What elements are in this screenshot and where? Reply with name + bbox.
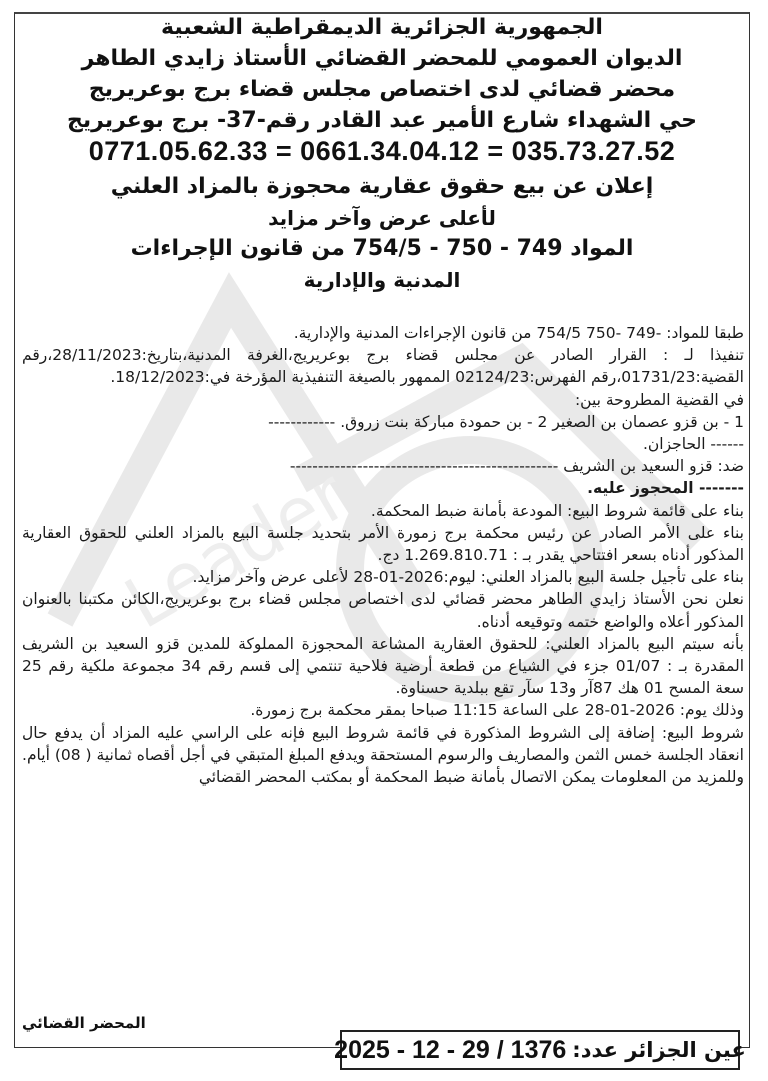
body-paragraph: بأنه سيتم البيع بالمزاد العلني: للحقوق ا…	[22, 633, 744, 700]
publication-name: عين الجزائر عدد:	[572, 1038, 746, 1062]
body-paragraph: طبقا للمواد: -749 -750 754/5 من قانون ال…	[22, 322, 744, 344]
body-paragraph: بناء على تأجيل جلسة البيع بالمزاد العلني…	[22, 566, 744, 588]
body-paragraph: ------- المحجوز عليه.	[22, 477, 744, 499]
issue-number: 2025 - 12 - 29 / 1376	[334, 1036, 566, 1065]
phone-numbers: 0771.05.62.33 = 0661.34.04.12 = 035.73.2…	[20, 136, 744, 167]
body-paragraph: ضد: قزو السعيد بن الشريف ---------------…	[22, 455, 744, 477]
notice-title: إعلان عن بيع حقوق عقارية محجوزة بالمزاد …	[20, 171, 744, 295]
title-line: لأعلى عرض وآخر مزايد	[20, 203, 744, 233]
body-paragraph: تنفيذا لـ : القرار الصادر عن مجلس قضاء ب…	[22, 344, 744, 388]
publication-reference: عين الجزائر عدد: 2025 - 12 - 29 / 1376	[340, 1030, 740, 1070]
body-paragraph: وللمزيد من المعلومات يمكن الاتصال بأمانة…	[22, 766, 744, 788]
body-paragraph: نعلن نحن الأستاذ زايدي الطاهر محضر قضائي…	[22, 588, 744, 632]
signature: المحضر القضائي	[22, 1014, 146, 1032]
body-paragraph: في القضية المطروحة بين:	[22, 389, 744, 411]
body-paragraph: بناء على الأمر الصادر عن رئيس محكمة برج …	[22, 522, 744, 566]
body-paragraph: 1 - بن قزو عصمان بن الصغير 2 - بن حمودة …	[22, 411, 744, 433]
body-paragraph: ------ الحاجزان.	[22, 433, 744, 455]
body-paragraph: وذلك يوم: 2026-01-28 على الساعة 11:15 صب…	[22, 699, 744, 721]
title-line: إعلان عن بيع حقوق عقارية محجوزة بالمزاد …	[20, 171, 744, 203]
title-line: المواد 749 - 750 - 754/5 من قانون الإجرا…	[20, 233, 744, 265]
title-line: المدنية والإدارية	[20, 265, 744, 295]
header-line: حي الشهداء شارع الأمير عبد القادر رقم-37…	[20, 105, 744, 136]
notice-body: طبقا للمواد: -749 -750 754/5 من قانون ال…	[22, 322, 744, 788]
header-line: محضر قضائي لدى اختصاص مجلس قضاء برج بوعر…	[20, 74, 744, 105]
notice-header: الجمهورية الجزائرية الديمقراطية الشعبية …	[20, 12, 744, 295]
body-paragraph: شروط البيع: إضافة إلى الشروط المذكورة في…	[22, 722, 744, 766]
header-line: الديوان العمومي للمحضر القضائي الأستاذ ز…	[20, 43, 744, 74]
body-paragraph: بناء على قائمة شروط البيع: المودعة بأمان…	[22, 500, 744, 522]
header-line: الجمهورية الجزائرية الديمقراطية الشعبية	[20, 12, 744, 43]
